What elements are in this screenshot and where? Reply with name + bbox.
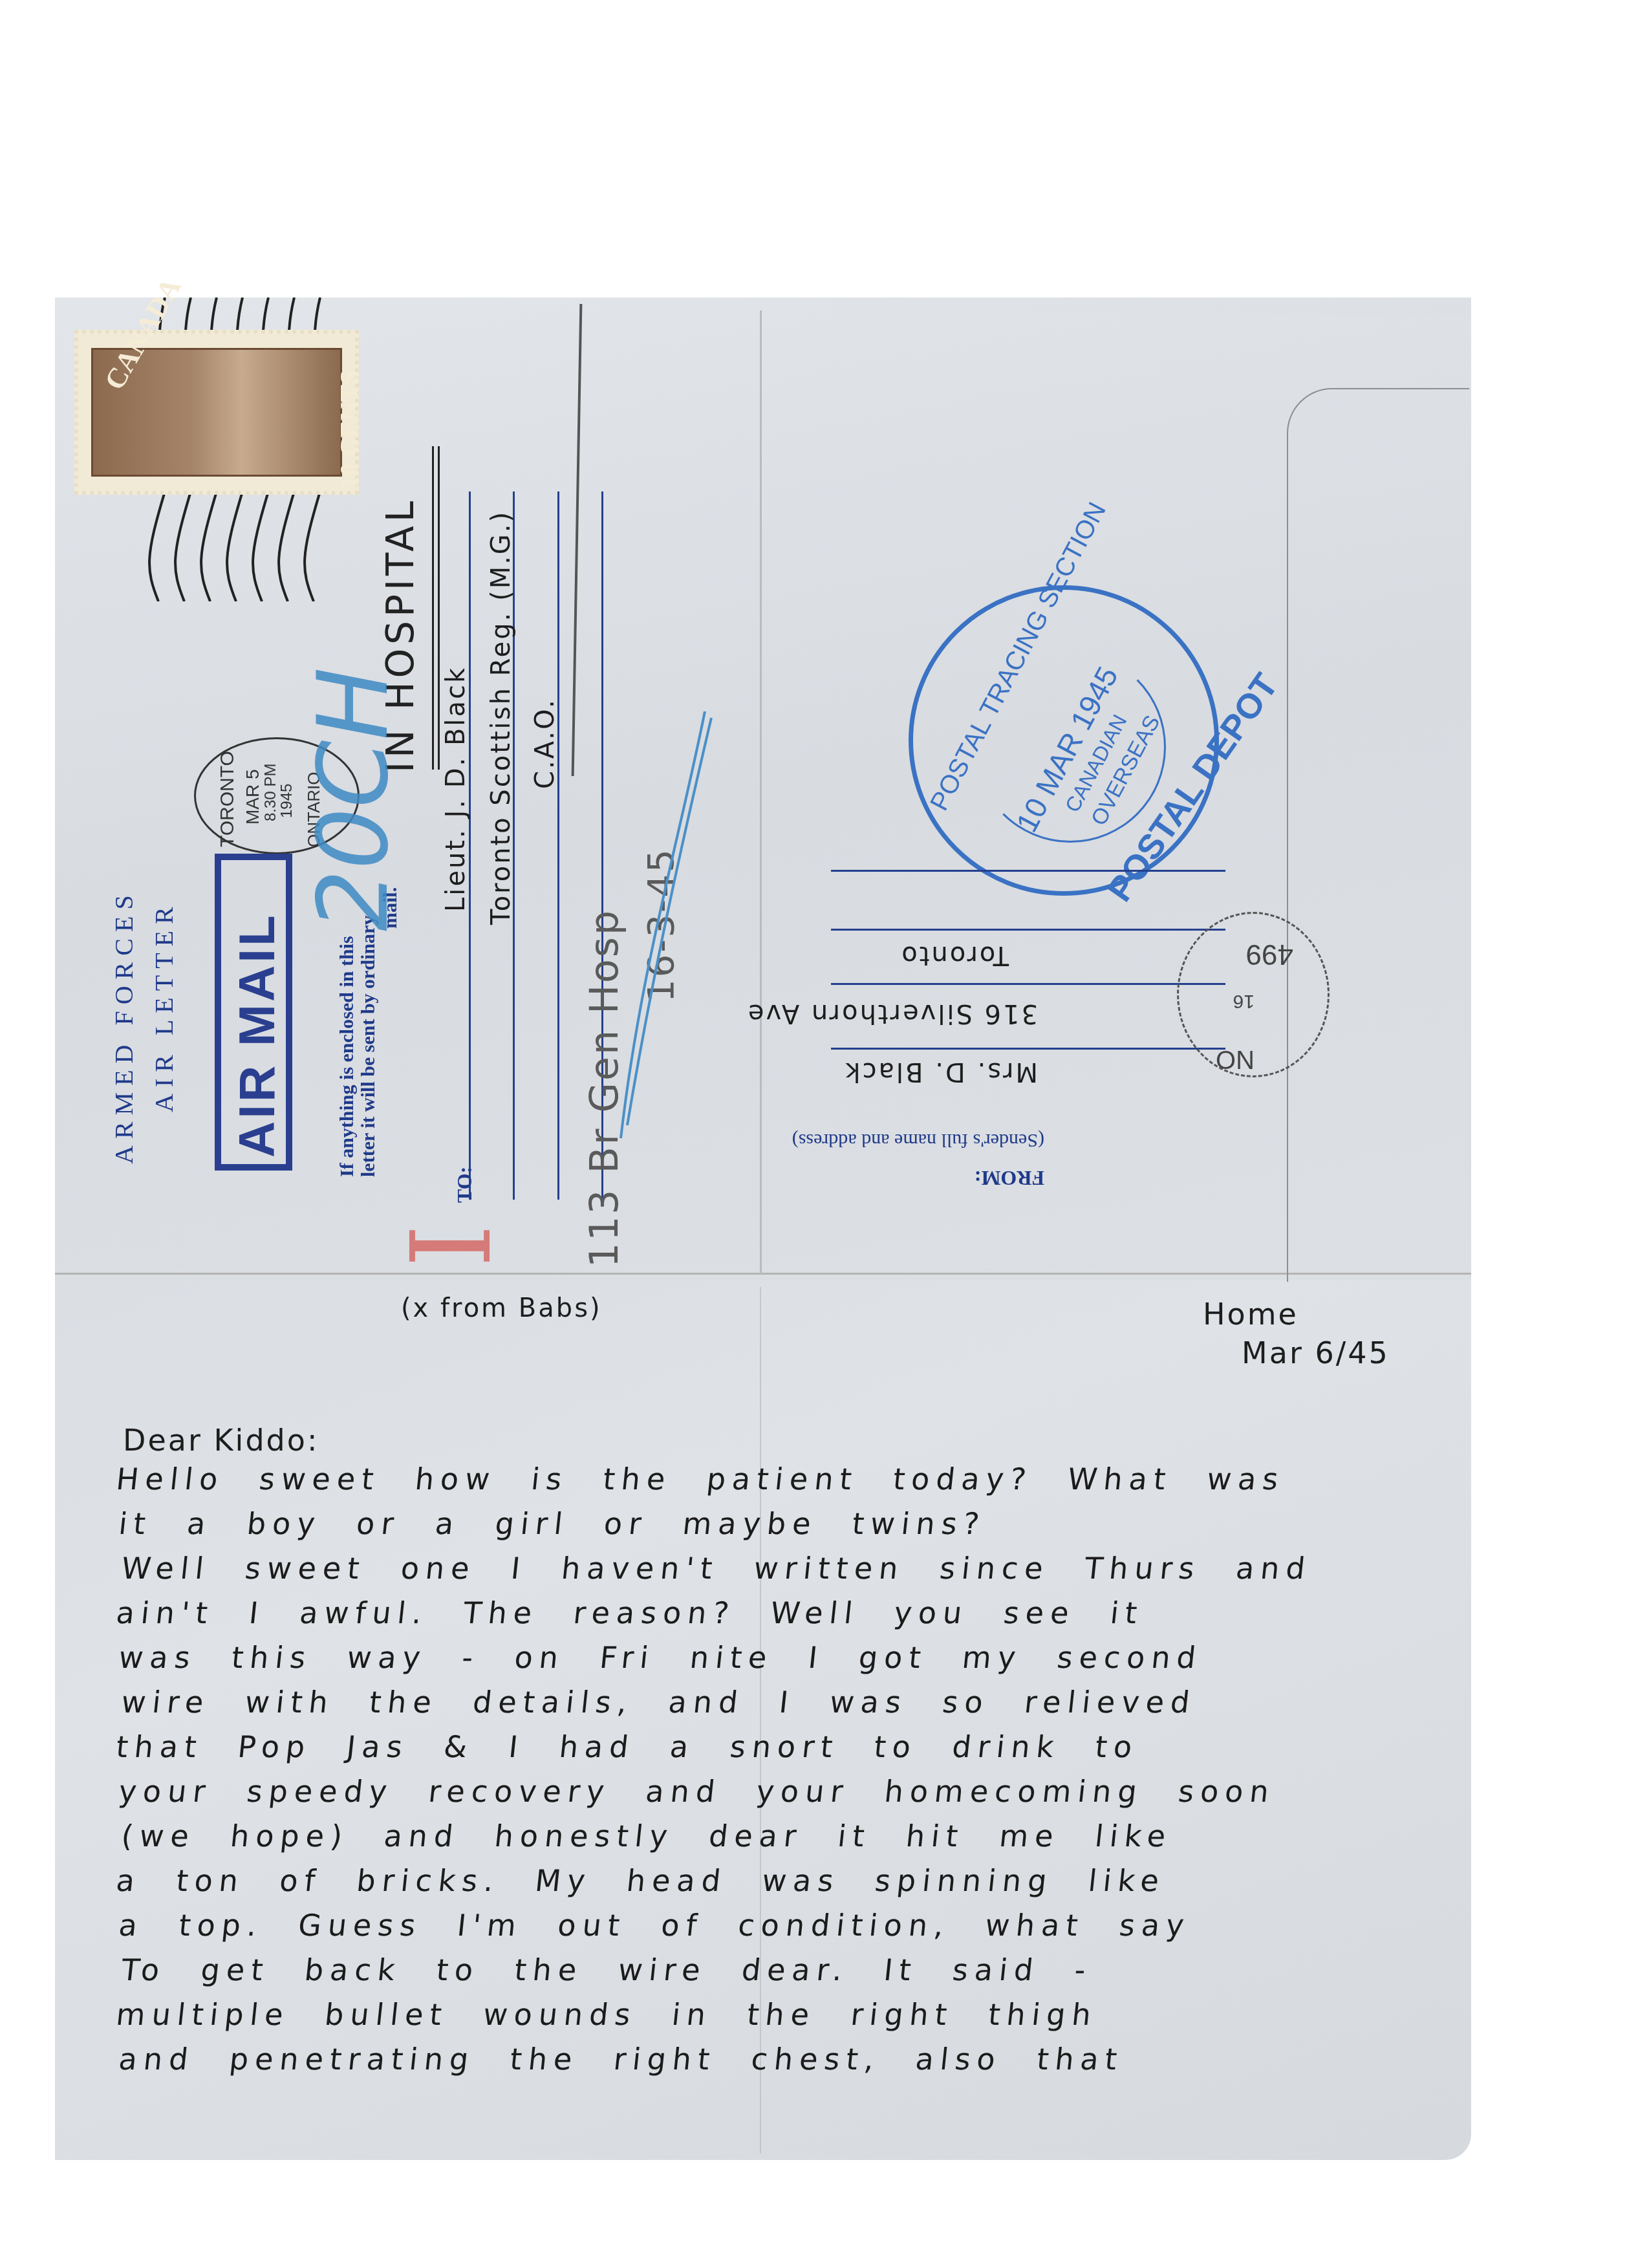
enclosure-notice-line1: If anything is enclosed in this xyxy=(336,936,358,1177)
address-line-3 xyxy=(557,491,559,1200)
letter-place: Home xyxy=(1203,1297,1299,1332)
sender-name: Mrs. D. Black xyxy=(843,1057,1038,1086)
sender-line-1 xyxy=(831,870,1225,872)
red-crayon-mark: I xyxy=(388,1224,516,1268)
letter-line: that Pop Jas & I had a snort to drink to xyxy=(114,1729,1140,1764)
stamp-denomination: 10 CENTS xyxy=(334,371,364,489)
return-postmark-partial: NO xyxy=(1216,1044,1255,1074)
letter-line: it a boy or a girl or maybe twins? xyxy=(117,1506,987,1541)
airmail-label: AIR MAIL xyxy=(228,913,286,1158)
letter-line: and penetrating the right chest, also th… xyxy=(117,2042,1125,2077)
postage-stamp: CANADA 10 CENTS xyxy=(74,330,359,495)
letter-line: your speedy recovery and your homecoming… xyxy=(117,1774,1277,1809)
letter-note: (x from Babs) xyxy=(401,1293,602,1323)
letter-line: multiple bullet wounds in the right thig… xyxy=(114,1997,1099,2032)
letter-date: Mar 6/45 xyxy=(1242,1335,1390,1370)
armed-forces-title: ARMED FORCES xyxy=(109,889,139,1164)
letter-line: a ton of bricks. My head was spinning li… xyxy=(114,1863,1167,1898)
letter-line: Hello sweet how is the patient today? Wh… xyxy=(114,1462,1286,1496)
sender-street: 316 Silverthorn Ave xyxy=(746,999,1038,1028)
postmark-city: TORONTO xyxy=(217,751,239,847)
letter-line: wire with the details, and I was so reli… xyxy=(120,1685,1198,1720)
sender-line-4 xyxy=(831,1048,1225,1050)
air-letter-title: AIR LETTER xyxy=(149,900,179,1112)
return-postmark-day: 16 xyxy=(1233,990,1255,1012)
postmark-time: 8.30 PM xyxy=(262,764,280,821)
to-label: TO: xyxy=(453,1167,477,1203)
letter-line: (we hope) and honestly dear it hit me li… xyxy=(120,1819,1174,1853)
sender-line-3 xyxy=(831,983,1225,985)
blue-strike-loop xyxy=(601,711,718,1151)
letter-line: ain't I awful. The reason? Well you see … xyxy=(114,1595,1145,1630)
from-hint: (Sender's full name and address) xyxy=(792,1129,1044,1151)
postmark-date: MAR 5 xyxy=(242,769,263,825)
from-label: FROM: xyxy=(975,1166,1044,1190)
return-postmark-number: 499 xyxy=(1246,938,1293,970)
recipient-unit: Toronto Scottish Reg. (M.G.) xyxy=(486,510,516,925)
recipient-name: Lieut. J. D. Black xyxy=(441,666,471,912)
vertical-fold xyxy=(760,310,762,1274)
letter-line: To get back to the wire dear. It said - xyxy=(120,1952,1094,1987)
horizontal-fold xyxy=(55,1273,1471,1275)
sealing-flap xyxy=(1287,388,1469,1282)
sender-city: Toronto xyxy=(900,940,1009,970)
enclosure-notice-line2: letter it will be sent by ordinary xyxy=(358,916,380,1177)
blue-crayon-mark: 20CH xyxy=(297,667,410,931)
letter-line: was this way - on Fri nite I got my seco… xyxy=(117,1640,1204,1675)
letter-line: a top. Guess I'm out of condition, what … xyxy=(117,1908,1192,1943)
recipient-area: C.A.O. xyxy=(530,698,560,789)
sender-line-2 xyxy=(831,929,1225,931)
in-hospital-underline xyxy=(432,446,440,770)
letter-salutation: Dear Kiddo: xyxy=(123,1423,319,1458)
postmark-year: 1945 xyxy=(278,784,296,818)
letter-line: Well sweet one I haven't written since T… xyxy=(120,1551,1313,1586)
